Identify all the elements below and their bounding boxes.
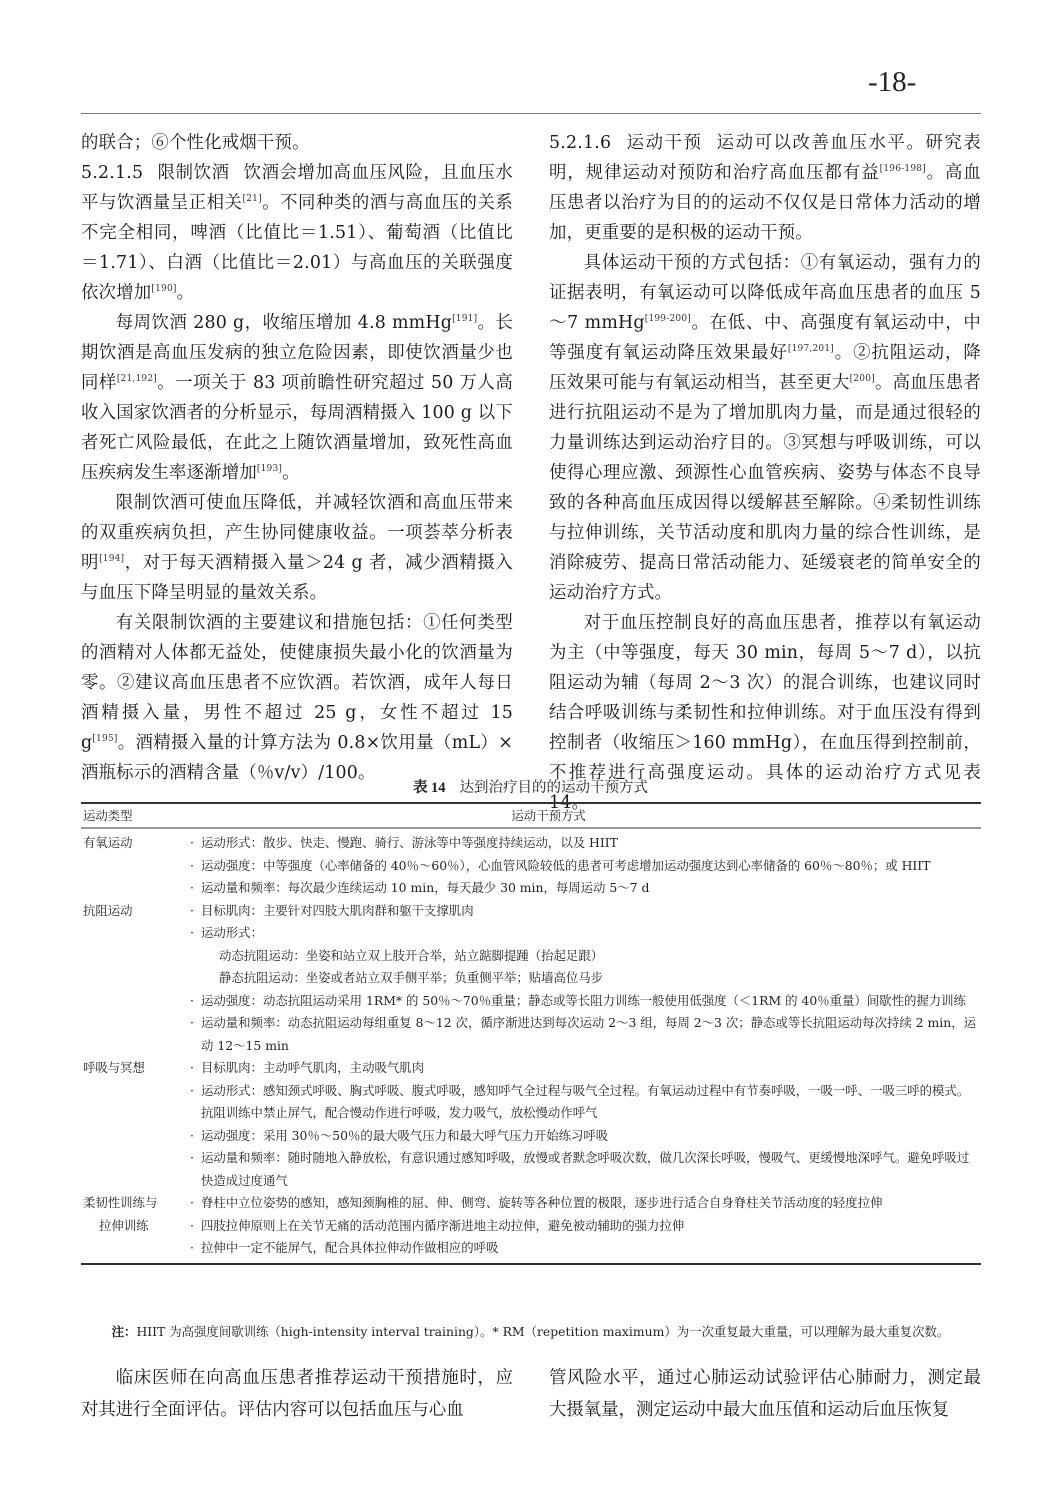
exercise-table: 运动类型 运动干预方式 有氧运动 ·运动形式：散步、快走、慢跑、骑行、游泳等中等… <box>81 802 981 1265</box>
bullet-icon: · <box>190 1125 194 1148</box>
paragraph: 临床医师在向高血压患者推荐运动干预措施时，应对其进行全面评估。评估内容可以包括血… <box>81 1362 513 1426</box>
bullet-icon: · <box>190 990 194 1013</box>
item-text: 运动强度：动态抗阻运动采用 1RM* 的 50％～70％重量；静态或等长阻力训练… <box>201 993 966 1008</box>
citation: [21,192] <box>117 374 157 384</box>
citation: [191] <box>452 314 477 324</box>
column-header-type: 运动类型 <box>81 804 254 827</box>
table: 运动类型 运动干预方式 <box>81 804 981 827</box>
item-text: 运动强度：中等强度（心率储备的 40％～60％），心血管风险较低的患者可考虑增加… <box>201 858 930 873</box>
citation: [200] <box>850 374 875 384</box>
citation: [21] <box>243 194 262 204</box>
page-number: -18- <box>868 66 916 99</box>
paragraph: 管风险水平，通过心肺运动试验评估心肺耐力，测定最大摄氧量，测定运动中最大血压值和… <box>549 1362 981 1426</box>
bullet-icon: · <box>190 1237 194 1260</box>
citation: [193] <box>257 464 282 474</box>
table-title: 达到治疗目的的运动干预方式 <box>460 780 649 796</box>
paragraph: 的联合；⑥个性化戒烟干预。 <box>81 128 513 158</box>
note-text: HIIT 为高强度间歇训练（high-intensity interval tr… <box>136 1324 949 1339</box>
bullet-icon: · <box>190 855 194 878</box>
header-rule <box>81 113 981 114</box>
bullet-icon: · <box>190 1192 194 1215</box>
citation: [195] <box>92 734 117 744</box>
exercise-type: 有氧运动 <box>81 832 183 900</box>
text: ，对于每天酒精摄入量＞24 g 者，减少酒精摄入与血压下降呈明显的量效关系。 <box>81 553 513 603</box>
exercise-type: 抗阻运动 <box>81 900 183 1058</box>
item-text: 运动量和频率：随时随地入静放松，有意识通过感知呼吸，放慢或者默念呼吸次数，做几次… <box>201 1150 969 1188</box>
section-title: 限制饮酒 <box>157 163 229 183</box>
type-line-1: 柔韧性训练与 <box>83 1195 157 1210</box>
list-item: ·目标肌肉：主动呼气肌肉，主动吸气肌肉 <box>183 1057 981 1080</box>
text: 。 <box>282 463 300 483</box>
paragraph: 限制饮酒可使血压降低，并减轻饮酒和高血压带来的双重疾病负担，产生协同健康收益。一… <box>81 488 513 608</box>
table-caption: 表 14达到治疗目的的运动干预方式 <box>0 776 1061 797</box>
section-number: 5.2.1.5 <box>81 163 143 183</box>
sub-list-item: 静态抗阻运动：坐姿或者站立双手侧平举；负重侧平举；贴墙高位马步 <box>183 967 981 990</box>
section-number: 5.2.1.6 <box>549 133 611 153</box>
text: 。高血压患者进行抗阻运动不是为了增加肌肉力量，而是通过很轻的力量训练达到运动治疗… <box>549 373 981 603</box>
list-item: ·运动量和频率：动态抗阻运动每组重复 8～12 次，循序渐进达到每次运动 2～3… <box>183 1012 981 1057</box>
citation: [194] <box>99 554 124 564</box>
citation: [199-200] <box>645 314 691 324</box>
list-item: ·运动量和频率：随时随地入静放松，有意识通过感知呼吸，放慢或者默念呼吸次数，做几… <box>183 1147 981 1192</box>
list-item: ·四肢拉伸原则上在关节无痛的活动范围内循序渐进地主动拉伸，避免被动辅助的强力拉伸 <box>183 1215 981 1238</box>
citation: [190] <box>151 284 176 294</box>
bullet-icon: · <box>190 1057 194 1080</box>
table-body: 有氧运动 ·运动形式：散步、快走、慢跑、骑行、游泳等中等强度持续运动，以及 HI… <box>81 832 981 1260</box>
table-note: 注：HIIT 为高强度间歇训练（high-intensity interval … <box>0 1322 1061 1340</box>
text: 有关限制饮酒的主要建议和措施包括：①任何类型的酒精对人体都无益处，使健康损失最小… <box>81 613 513 753</box>
exercise-methods: ·运动形式：散步、快走、慢跑、骑行、游泳等中等强度持续运动，以及 HIIT ·运… <box>183 832 981 900</box>
item-text: 运动形式：散步、快走、慢跑、骑行、游泳等中等强度持续运动，以及 HIIT <box>201 835 618 850</box>
item-text: 运动形式： <box>201 925 263 940</box>
item-text: 目标肌肉：主要针对四肢大肌肉群和躯干支撑肌肉 <box>201 903 474 918</box>
citation: [196-198] <box>880 164 926 174</box>
list-item: ·目标肌肉：主要针对四肢大肌肉群和躯干支撑肌肉 <box>183 900 981 923</box>
item-text: 运动强度：采用 30％～50％的最大吸气压力和最大呼气压力开始练习呼吸 <box>201 1128 608 1143</box>
bottom-left-column: 临床医师在向高血压患者推荐运动干预措施时，应对其进行全面评估。评估内容可以包括血… <box>81 1362 513 1426</box>
text: 运动可以改善血压水平。研究表明，规律运动对预防和治疗高血压都有益 <box>549 133 981 183</box>
item-text: 运动量和频率：每次最少连续运动 10 min，每天最少 30 min，每周运动 … <box>201 880 649 895</box>
text: 每周饮酒 280 g，收缩压增加 4.8 mmHg <box>116 313 452 333</box>
text: 。 <box>177 283 195 303</box>
table-header-row: 运动类型 运动干预方式 <box>81 804 981 827</box>
list-item: ·拉伸中一定不能屏气，配合具体拉伸动作做相应的呼吸 <box>183 1237 981 1260</box>
right-column: 5.2.1.6运动干预运动可以改善血压水平。研究表明，规律运动对预防和治疗高血压… <box>549 128 981 818</box>
table-header-rule <box>81 827 981 829</box>
exercise-methods: ·目标肌肉：主要针对四肢大肌肉群和躯干支撑肌肉 ·运动形式： 动态抗阻运动：坐姿… <box>183 900 981 1058</box>
bottom-right-column: 管风险水平，通过心肺运动试验评估心肺耐力，测定最大摄氧量，测定运动中最大血压值和… <box>549 1362 981 1426</box>
item-text: 脊柱中立位姿势的感知，感知颈胸椎的屈、伸、侧弯、旋转等各种位置的极限，逐步进行适… <box>201 1195 882 1210</box>
list-item: ·运动形式： <box>183 922 981 945</box>
item-text: 拉伸中一定不能屏气，配合具体拉伸动作做相应的呼吸 <box>201 1240 498 1255</box>
bullet-icon: · <box>190 1147 194 1170</box>
bullet-icon: · <box>190 1012 194 1035</box>
paragraph: 有关限制饮酒的主要建议和措施包括：①任何类型的酒精对人体都无益处，使健康损失最小… <box>81 608 513 788</box>
section-5-2-1-6: 5.2.1.6运动干预运动可以改善血压水平。研究表明，规律运动对预防和治疗高血压… <box>549 128 981 248</box>
exercise-type: 呼吸与冥想 <box>81 1057 183 1192</box>
section-5-2-1-5: 5.2.1.5限制饮酒饮酒会增加高血压风险，且血压水平与饮酒量呈正相关[21]。… <box>81 158 513 308</box>
list-item: ·运动强度：采用 30％～50％的最大吸气压力和最大呼气压力开始练习呼吸 <box>183 1125 981 1148</box>
table-bottom-rule <box>81 1263 981 1265</box>
bullet-icon: · <box>190 832 194 855</box>
table-row: 有氧运动 ·运动形式：散步、快走、慢跑、骑行、游泳等中等强度持续运动，以及 HI… <box>81 832 981 900</box>
bullet-icon: · <box>190 922 194 945</box>
table-row: 柔韧性训练与拉伸训练 ·脊柱中立位姿势的感知，感知颈胸椎的屈、伸、侧弯、旋转等各… <box>81 1192 981 1260</box>
item-text: 四肢拉伸原则上在关节无痛的活动范围内循序渐进地主动拉伸，避免被动辅助的强力拉伸 <box>201 1218 684 1233</box>
bullet-icon: · <box>190 1080 194 1103</box>
left-column: 的联合；⑥个性化戒烟干预。 5.2.1.5限制饮酒饮酒会增加高血压风险，且血压水… <box>81 128 513 788</box>
section-title: 运动干预 <box>625 133 702 153</box>
exercise-methods: ·目标肌肉：主动呼气肌肉，主动吸气肌肉 ·运动形式：感知颈式呼吸、胸式呼吸、腹式… <box>183 1057 981 1192</box>
table-row: 呼吸与冥想 ·目标肌肉：主动呼气肌肉，主动吸气肌肉 ·运动形式：感知颈式呼吸、胸… <box>81 1057 981 1192</box>
item-text: 运动形式：感知颈式呼吸、胸式呼吸、腹式呼吸，感知呼气全过程与吸气全过程。有氧运动… <box>201 1083 969 1121</box>
list-item: ·运动量和频率：每次最少连续运动 10 min，每天最少 30 min，每周运动… <box>183 877 981 900</box>
sub-list-item: 动态抗阻运动：坐姿和站立双上肢开合举，站立踮脚提踵（抬起足跟） <box>183 945 981 968</box>
column-header-method: 运动干预方式 <box>254 804 981 827</box>
exercise-type: 柔韧性训练与拉伸训练 <box>81 1192 183 1260</box>
list-item: ·运动强度：中等强度（心率储备的 40％～60％），心血管风险较低的患者可考虑增… <box>183 855 981 878</box>
bullet-icon: · <box>190 1215 194 1238</box>
table-number: 表 14 <box>413 780 446 796</box>
paragraph: 每周饮酒 280 g，收缩压增加 4.8 mmHg[191]。长期饮酒是高血压发… <box>81 308 513 488</box>
item-text: 静态抗阻运动：坐姿或者站立双手侧平举；负重侧平举；贴墙高位马步 <box>219 970 603 985</box>
citation: [197,201] <box>788 344 834 354</box>
note-label: 注： <box>112 1324 137 1339</box>
list-item: ·运动形式：感知颈式呼吸、胸式呼吸、腹式呼吸，感知呼气全过程与吸气全过程。有氧运… <box>183 1080 981 1125</box>
paragraph: 具体运动干预的方式包括：①有氧运动，强有力的证据表明，有氧运动可以降低成年高血压… <box>549 248 981 608</box>
list-item: ·运动形式：散步、快走、慢跑、骑行、游泳等中等强度持续运动，以及 HIIT <box>183 832 981 855</box>
exercise-methods: ·脊柱中立位姿势的感知，感知颈胸椎的屈、伸、侧弯、旋转等各种位置的极限，逐步进行… <box>183 1192 981 1260</box>
table-row: 抗阻运动 ·目标肌肉：主要针对四肢大肌肉群和躯干支撑肌肉 ·运动形式： 动态抗阻… <box>81 900 981 1058</box>
type-line-2: 拉伸训练 <box>83 1215 183 1238</box>
item-text: 运动量和频率：动态抗阻运动每组重复 8～12 次，循序渐进达到每次运动 2～3 … <box>201 1015 976 1053</box>
list-item: ·脊柱中立位姿势的感知，感知颈胸椎的屈、伸、侧弯、旋转等各种位置的极限，逐步进行… <box>183 1192 981 1215</box>
item-text: 目标肌肉：主动呼气肌肉，主动吸气肌肉 <box>201 1060 424 1075</box>
bullet-icon: · <box>190 877 194 900</box>
list-item: ·运动强度：动态抗阻运动采用 1RM* 的 50％～70％重量；静态或等长阻力训… <box>183 990 981 1013</box>
bullet-icon: · <box>190 900 194 923</box>
item-text: 动态抗阻运动：坐姿和站立双上肢开合举，站立踮脚提踵（抬起足跟） <box>219 948 603 963</box>
